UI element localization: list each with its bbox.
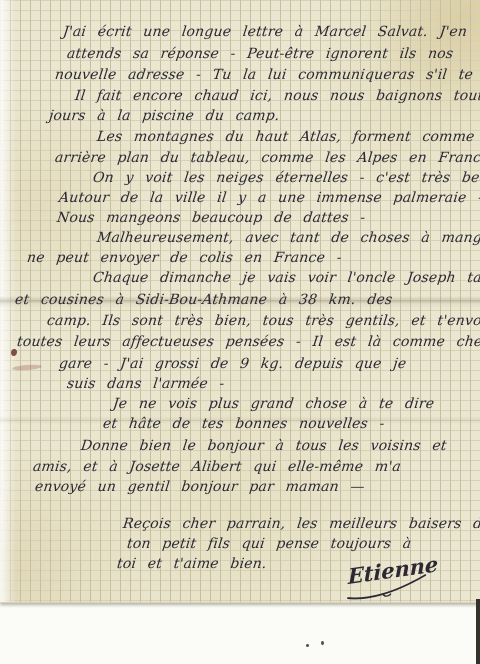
letter-line: J'ai écrit une longue lettre à Marcel Sa…	[62, 24, 468, 40]
signature: Etienne	[348, 551, 438, 589]
letter-line: et hâte de tes bonnes nouvelles -	[102, 416, 386, 432]
letter-line: et cousines à Sidi-Bou-Athmane à 38 km. …	[14, 292, 393, 308]
letter-line: jours à la piscine du camp.	[48, 108, 281, 124]
letter-line: Reçois cher parrain, les meilleurs baise…	[122, 516, 480, 532]
letter-line: arrière plan du tableau, comme les Alpes…	[54, 150, 480, 166]
paper-stain	[11, 349, 17, 356]
letter-line: Nous mangeons beaucoup de dattes -	[56, 210, 366, 226]
letter-line: Autour de la ville il y a une immense pa…	[58, 190, 480, 206]
letter-line: gare - J'ai grossi de 9 kg. depuis que j…	[58, 356, 407, 372]
letter-line: Je ne vois plus grand chose à te dire	[112, 396, 435, 412]
letter-line: amis, et à Josette Alibert qui elle-même…	[32, 459, 402, 475]
letter-line: On y voit les neiges éternelles - c'est …	[92, 170, 480, 186]
letter-line: ton petit fils qui pense toujours à	[126, 536, 412, 552]
letter-line: Donne bien le bonjour à tous les voisins…	[80, 438, 448, 454]
letter-line: ne peut envoyer de colis en France -	[26, 250, 343, 266]
ink-speck	[306, 644, 309, 647]
scan-edge-artifact	[476, 599, 480, 664]
paper-stain	[12, 364, 42, 371]
scanned-letter: J'ai écrit une longue lettre à Marcel Sa…	[0, 0, 480, 664]
letter-line: Il fait encore chaud ici, nous nous baig…	[74, 88, 480, 104]
letter-line: suis dans l'armée -	[66, 376, 225, 392]
letter-paper: J'ai écrit une longue lettre à Marcel Sa…	[0, 0, 480, 603]
ink-speck	[321, 641, 324, 645]
letter-line: nouvelle adresse - Tu la lui communiquer…	[54, 67, 480, 83]
letter-line: attends sa réponse - Peut-être ignorent …	[66, 46, 454, 62]
letter-line: toi et t'aime bien.	[116, 556, 268, 572]
letter-line: toutes leurs affectueuses pensées - Il e…	[16, 334, 480, 350]
letter-line: camp. Ils sont très bien, tous très gent…	[46, 313, 480, 329]
letter-line: Les montagnes du haut Atlas, forment com…	[96, 129, 476, 145]
letter-line: Chaque dimanche je vais voir l'oncle Jos…	[92, 270, 480, 286]
letter-line: envoyé un gentil bonjour par maman —	[34, 479, 366, 495]
letter-line: Malheureusement, avec tant de choses à m…	[96, 230, 480, 246]
